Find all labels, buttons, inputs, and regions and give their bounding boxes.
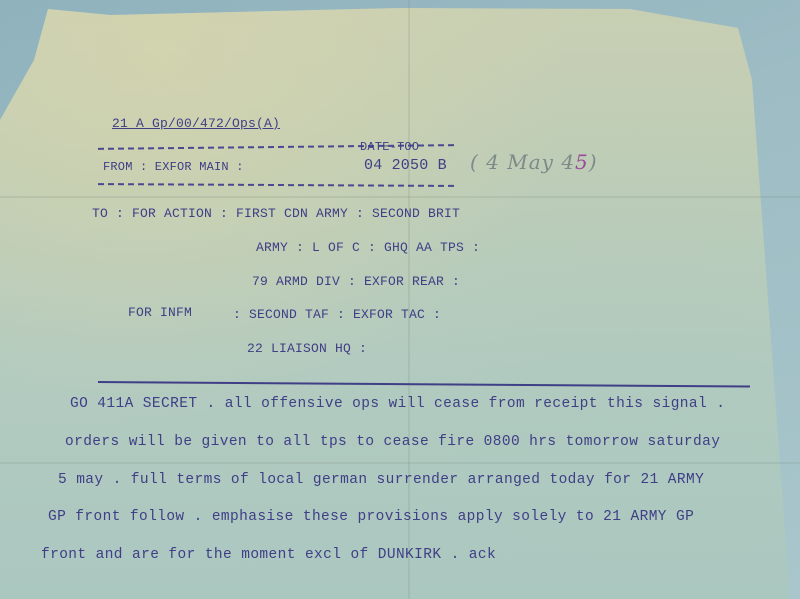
addressee-line-5: 22 LIAISON HQ : [247,341,367,356]
addressee-line-2: ARMY : L OF C : GHQ AA TPS : [256,240,480,255]
addressee-line-1: TO : FOR ACTION : FIRST CDN ARMY : SECON… [92,206,460,221]
body-line-1: GO 411A SECRET . all offensive ops will … [70,396,725,412]
body-line-2: orders will be given to all tps to cease… [65,434,720,450]
body-line-4: GP front follow . emphasise these provis… [48,509,694,525]
hand-mark: 5 [575,150,589,174]
hand-text: 4 May 4 [486,150,575,174]
handwritten-date-annotation: ( 4 May 45) [470,150,598,174]
addressee-line-4: : SECOND TAF : EXFOR TAC : [233,307,441,322]
from-line: FROM : EXFOR MAIN : [103,160,244,174]
hand-close-paren: ) [589,150,598,174]
hand-open-paren: ( [470,150,479,174]
addressee-line-3: 79 ARMD DIV : EXFOR REAR : [252,274,460,289]
fold-crease-horizontal-lower [0,462,800,464]
dtg-value: 04 2050 B [364,157,447,174]
reference-number: 21 A Gp/00/472/Ops(A) [112,116,280,131]
body-line-5: front and are for the moment excl of DUN… [41,547,496,563]
dtg-label: DATE-TOO [360,140,419,154]
fold-crease-horizontal [0,196,800,198]
body-line-3: 5 may . full terms of local german surre… [58,472,704,488]
for-infm-label: FOR INFM [128,305,192,320]
